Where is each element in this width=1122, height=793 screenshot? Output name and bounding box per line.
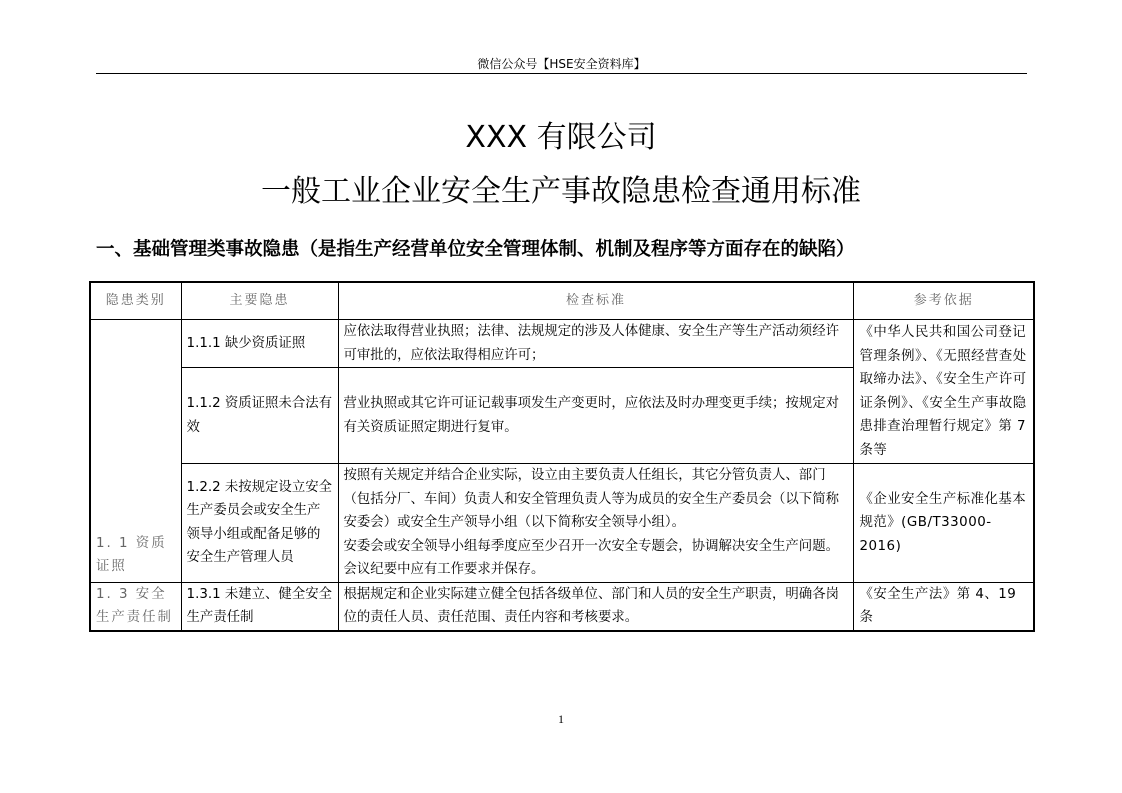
table-header-row: 隐患类别 主要隐患 检查标准 参考依据	[90, 282, 1034, 320]
section-heading: 一、基础管理类事故隐患（是指生产经营单位安全管理体制、机制及程序等方面存在的缺陷…	[96, 236, 855, 264]
standard-paragraph: 按照有关规定并结合企业实际，设立由主要负责人任组长，其它分管负责人、部门（包括分…	[344, 464, 849, 535]
hazard-cell: 1.1.1 缺少资质证照	[181, 320, 338, 368]
category-cell: 1. 3 安全生产责任制	[90, 582, 181, 631]
table-row: 1. 1 资质证照 1.1.1 缺少资质证照 应依法取得营业执照；法律、法规规定…	[90, 320, 1034, 368]
hazard-cell: 1.2.2 未按规定设立安全生产委员会或安全生产领导小组或配备足够的安全生产管理…	[181, 464, 338, 583]
hazard-cell: 1.1.2 资质证照未合法有效	[181, 368, 338, 464]
hazard-cell: 1.3.1 未建立、健全安全生产责任制	[181, 582, 338, 631]
page-number: 1	[0, 712, 1122, 727]
header-reference: 参考依据	[854, 282, 1034, 320]
document-title: 一般工业企业安全生产事故隐患检查通用标准	[0, 172, 1122, 212]
standard-cell: 应依法取得营业执照；法律、法规规定的涉及人体健康、安全生产等生产活动须经许可审批…	[338, 320, 854, 368]
header-hazard: 主要隐患	[181, 282, 338, 320]
standard-cell: 按照有关规定并结合企业实际，设立由主要负责人任组长，其它分管负责人、部门（包括分…	[338, 464, 854, 583]
page-header: 微信公众号【HSE安全资料库】	[96, 55, 1027, 74]
standard-cell: 根据规定和企业实际建立健全包括各级单位、部门和人员的安全生产职责，明确各岗位的责…	[338, 582, 854, 631]
table-row: 1. 3 安全生产责任制 1.3.1 未建立、健全安全生产责任制 根据规定和企业…	[90, 582, 1034, 631]
table-row: 1.2.2 未按规定设立安全生产委员会或安全生产领导小组或配备足够的安全生产管理…	[90, 464, 1034, 583]
document-title-company: XXX 有限公司	[0, 118, 1122, 158]
header-category: 隐患类别	[90, 282, 181, 320]
standard-paragraph: 安委会或安全领导小组每季度应至少召开一次安全专题会，协调解决安全生产问题。会议纪…	[344, 535, 849, 582]
header-standard: 检查标准	[338, 282, 854, 320]
reference-cell: 《中华人民共和国公司登记管理条例》、《无照经营查处取缔办法》、《安全生产许可证条…	[854, 320, 1034, 464]
standard-cell: 营业执照或其它许可证记载事项发生产变更时，应依法及时办理变更手续；按规定对有关资…	[338, 368, 854, 464]
category-cell: 1. 1 资质证照	[90, 320, 181, 583]
hazard-standard-table: 隐患类别 主要隐患 检查标准 参考依据 1. 1 资质证照 1.1.1 缺少资质…	[89, 281, 1035, 632]
reference-cell: 《安全生产法》第 4、19 条	[854, 582, 1034, 631]
reference-cell: 《企业安全生产标准化基本规范》(GB/T33000-2016)	[854, 464, 1034, 583]
